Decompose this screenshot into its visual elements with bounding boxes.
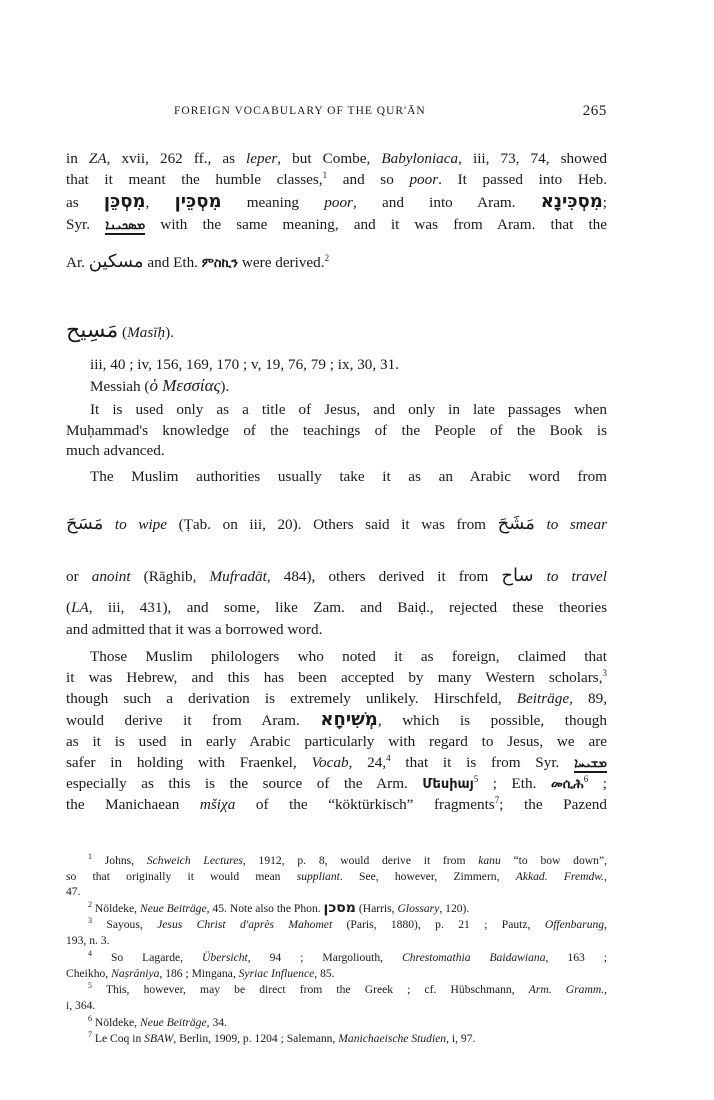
- transliteration: Masīḥ: [127, 324, 165, 341]
- body-line: The Muslim authorities usually take it a…: [90, 467, 607, 487]
- armenian-word: Մեսիայ: [422, 777, 473, 792]
- entry-headword: مَسِيح (Masīḥ).: [66, 318, 174, 343]
- body-line: Those Muslim philologers who noted it as…: [90, 647, 607, 667]
- body-line: would derive it from Aram. מְשִׁיחָא, wh…: [66, 710, 607, 731]
- body-line: the Manichaean mšiχa of the “köktürkisch…: [66, 795, 607, 815]
- footnote-ref[interactable]: 2: [325, 253, 330, 263]
- arabic-word: ساح: [501, 565, 533, 586]
- body-line: and admitted that it was a borrowed word…: [66, 620, 607, 640]
- syriac-word: ܡܫܝܚܐ: [574, 756, 607, 773]
- body-line: as it is used in early Arabic particular…: [66, 732, 607, 752]
- footnote-2: 2 Nöldeke, Neue Beiträge, 45. Note also …: [88, 901, 607, 916]
- body-line: especially as this is the source of the …: [66, 774, 607, 795]
- page-number: 265: [583, 103, 607, 120]
- body-line: that it meant the humble classes,1 and s…: [66, 170, 607, 190]
- ethiopic-word: መሲሕ: [551, 777, 584, 792]
- running-title: Foreign Vocabulary of the Qur'ān: [174, 105, 426, 117]
- footnote-4-cont: Cheikho, Naṣrāniya, 186 ; Mingana, Syria…: [66, 966, 607, 981]
- footnote-4: 4 So Lagarde, Übersicht, 94 ; Margoliout…: [88, 950, 607, 965]
- running-head: Foreign Vocabulary of the Qur'ān 265: [66, 103, 607, 123]
- entry-gloss: Messiah (ὁ Μεσσίας).: [90, 376, 607, 397]
- arabic-word: مَشَحَ: [498, 513, 535, 534]
- syriac-word: ܡܣܟܝܢܐ: [105, 218, 145, 235]
- body-line: as מִסְכֵּן, מִסְכֵּין meaning poor, and…: [66, 192, 607, 213]
- footnote-ref[interactable]: 3: [603, 668, 608, 678]
- aramaic-word: מִסְכִּינָא: [541, 191, 603, 212]
- body-line: though such a derivation is extremely un…: [66, 689, 607, 709]
- body-line: it was Hebrew, and this has been accepte…: [66, 668, 607, 688]
- body-line: Muḥammad's knowledge of the teachings of…: [66, 421, 607, 441]
- arabic-headword: مَسِيح: [66, 318, 118, 343]
- arabic-word: مسكين: [89, 251, 144, 272]
- body-line: مَسَحَ to wipe (Ṭab. on iii, 20). Others…: [66, 514, 607, 535]
- body-line: Ar. مسكين and Eth. ምስኪን were derived.2: [66, 252, 607, 274]
- quran-references: iii, 40 ; iv, 156, 169, 170 ; v, 19, 76,…: [90, 355, 607, 375]
- aramaic-word: מְשִׁיחָא: [320, 709, 377, 730]
- footnote-1-cont: so that originally it would mean supplia…: [66, 869, 607, 884]
- body-line: in ZA, xvii, 262 ff., as leper, but Comb…: [66, 149, 607, 169]
- arabic-word: مَسَحَ: [66, 513, 103, 534]
- body-line: It is used only as a title of Jesus, and…: [90, 400, 607, 420]
- greek-word: ὁ Μεσσίας: [149, 376, 220, 395]
- body-line: (LA, iii, 431), and some, like Zam. and …: [66, 598, 607, 618]
- footnote-3: 3 Sayous, Jesus Christ d'après Mahomet (…: [88, 917, 607, 932]
- footnote-5-cont: i, 364.: [66, 998, 607, 1013]
- footnote-3-cont: 193, n. 3.: [66, 933, 607, 948]
- ethiopic-word: ምስኪን: [202, 256, 238, 271]
- footnote-1-cont: 47.: [66, 884, 607, 899]
- footnote-5: 5 This, however, may be direct from the …: [88, 982, 607, 997]
- phoenician-word: מסכן: [324, 900, 356, 916]
- body-line: much advanced.: [66, 441, 607, 461]
- footnote-1: 1 Johns, Schweich Lectures, 1912, p. 8, …: [88, 853, 607, 868]
- footnote-7: 7 Le Coq in SBAW, Berlin, 1909, p. 1204 …: [88, 1031, 607, 1046]
- body-line: Syr. ܡܣܟܝܢܐ with the same meaning, and i…: [66, 215, 607, 236]
- footnote-6: 6 Nöldeke, Neue Beiträge, 34.: [88, 1015, 607, 1030]
- body-line: or anoint (Rāghib, Mufradāt, 484), other…: [66, 566, 607, 587]
- hebrew-word: מִסְכֵּין: [175, 191, 222, 212]
- hebrew-word: מִסְכֵּן: [104, 191, 146, 212]
- body-line: safer in holding with Fraenkel, Vocab, 2…: [66, 753, 607, 774]
